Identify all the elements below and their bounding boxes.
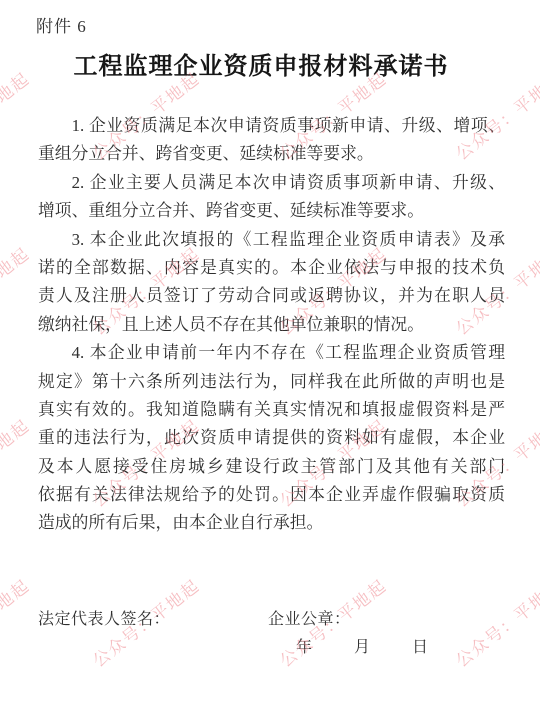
body-line: 及本人愿接受住房城乡建设行政主管部门及其他有关部门 xyxy=(38,453,505,481)
paragraph: 3. 本企业此次填报的《工程监理企业资质申请表》及承诺的全部数据、内容是真实的。… xyxy=(38,226,505,340)
paragraph: 2. 企业主要人员满足本次申请资质事项新申请、升级、增项、重组分立合并、跨省变更… xyxy=(38,169,505,226)
body-line: 增项、重组分立合并、跨省变更、延续标准等要求。 xyxy=(38,197,505,225)
document-title: 工程监理企业资质申报材料承诺书 xyxy=(0,46,522,81)
date-year-label: 年 xyxy=(296,634,312,662)
watermark-text: 公众号：平地起 xyxy=(0,412,34,511)
paragraph: 4. 本企业申请前一年内不存在《工程监理企业资质管理规定》第十六条所列违法行为，… xyxy=(38,339,505,538)
body-line: 缴纳社保，且上述人员不存在其他单位兼职的情况。 xyxy=(38,311,505,339)
watermark-text: 公众号：平地起 xyxy=(0,572,34,671)
body-line: 3. 本企业此次填报的《工程监理企业资质申请表》及承 xyxy=(38,226,505,254)
document-body: 1. 企业资质满足本次申请资质事项新申请、升级、增项、重组分立合并、跨省变更、延… xyxy=(38,112,505,538)
body-line: 造成的所有后果，由本企业自行承担。 xyxy=(38,509,505,537)
body-line: 责人及注册人员签订了劳动合同或返聘协议，并为在职人员 xyxy=(38,282,505,310)
body-line: 1. 企业资质满足本次申请资质事项新申请、升级、增项、 xyxy=(38,112,505,140)
body-line: 重的违法行为，此次资质申请提供的资料如有虚假，本企业 xyxy=(38,424,505,452)
body-line: 规定》第十六条所列违法行为，同样我在此所做的声明也是 xyxy=(38,368,505,396)
watermark-text: 公众号：平地起 xyxy=(0,240,34,339)
body-line: 真实有效的。我知道隐瞒有关真实情况和填报虚假资料是严 xyxy=(38,396,505,424)
body-line: 重组分立合并、跨省变更、延续标准等要求。 xyxy=(38,140,505,168)
body-line: 诺的全部数据、内容是真实的。本企业依法与申报的技术负 xyxy=(38,254,505,282)
legal-representative-signature-label: 法定代表人签名： xyxy=(38,606,170,634)
attachment-label: 附件 6 xyxy=(36,12,87,37)
company-seal-label: 企业公章： xyxy=(268,606,351,634)
body-line: 4. 本企业申请前一年内不存在《工程监理企业资质管理 xyxy=(38,339,505,367)
watermark-text: 公众号：平地起 xyxy=(449,572,540,671)
body-line: 依据有关法律法规给予的处罚。因本企业弄虚作假骗取资质 xyxy=(38,481,505,509)
body-line: 2. 企业主要人员满足本次申请资质事项新申请、升级、 xyxy=(38,169,505,197)
date-month-label: 月 xyxy=(354,634,370,662)
document-page: 附件 6 工程监理企业资质申报材料承诺书 1. 企业资质满足本次申请资质事项新申… xyxy=(0,0,540,704)
paragraph: 1. 企业资质满足本次申请资质事项新申请、升级、增项、重组分立合并、跨省变更、延… xyxy=(38,112,505,169)
date-day-label: 日 xyxy=(412,634,428,662)
